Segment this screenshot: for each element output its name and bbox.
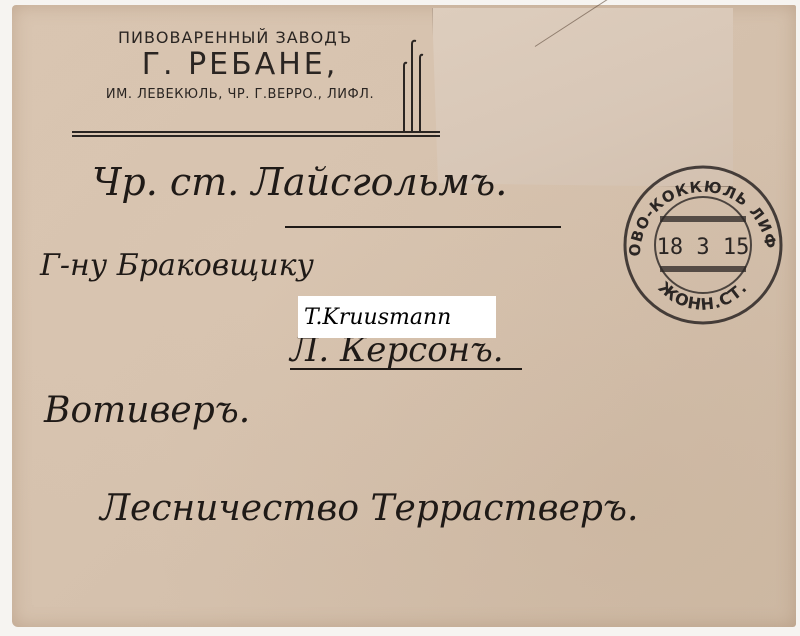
address-line-station: Чр. ст. Лайсгольмъ. (92, 160, 507, 204)
address-line-recipient-title: Г-ну Браковщику (40, 248, 314, 283)
letterhead-rule (72, 135, 440, 137)
underline (290, 368, 522, 370)
letterhead-line1: ПИВОВАРЕННЫЙ ЗАВОДЪ (50, 28, 420, 47)
letterhead: ПИВОВАРЕННЫЙ ЗАВОДЪ Г. РЕБАНЕ, ИМ. ЛЕВЕК… (60, 28, 420, 102)
letterhead-company-name: Г. РЕБАНЕ, (60, 49, 420, 81)
postmark-bottom-text: ЖОНН.СТ. (655, 277, 751, 313)
letterhead-address: ИМ. ЛЕВЕКЮЛЬ, ЧР. Г.ВЕРРО., ЛИФЛ. (60, 87, 420, 102)
svg-text:ЖОНН.СТ.: ЖОНН.СТ. (655, 277, 751, 313)
address-line-forestry: Лесничество Террастверъ. (100, 488, 638, 529)
address-line-place: Вотиверъ. (44, 390, 250, 431)
letterhead-rule (72, 131, 440, 133)
postmark-date: 18 3 15 (657, 235, 750, 260)
name-label-overlay: T.Kruusmann (298, 296, 496, 338)
brewery-logo-icon (396, 38, 430, 134)
underline (285, 226, 561, 228)
name-label-text: T.Kruusmann (304, 305, 451, 330)
postmark-stamp-icon: 18 3 15 НОВО-КОККЮЛЬ ЛИФЛ. ЖОНН.СТ. (618, 160, 788, 330)
